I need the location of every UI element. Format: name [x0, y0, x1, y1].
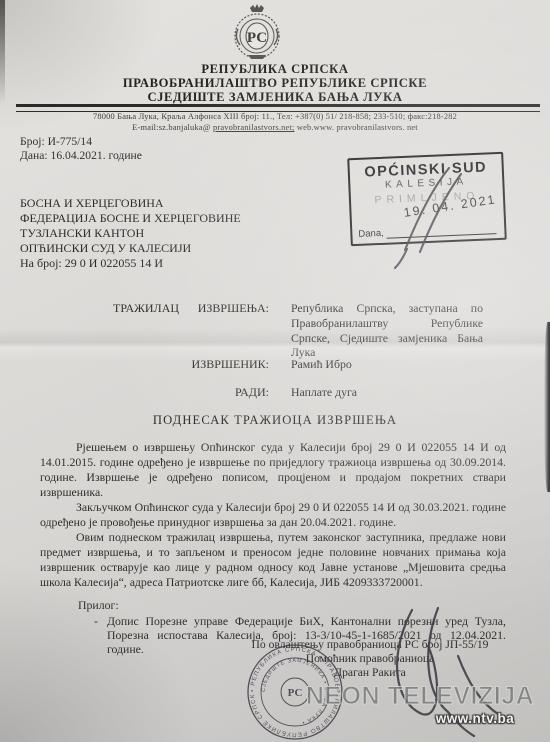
- recipient-line: ТУЗЛАНСКИ КАНТОН: [20, 226, 241, 241]
- recipient-line: На број: 29 0 И 022055 14 И: [20, 256, 241, 271]
- recipient-line: ОПЋИНСКИ СУД У КАЛЕСИЈИ: [20, 241, 241, 256]
- case-date: Дана: 16.04.2021. године: [20, 149, 142, 162]
- web-address: web.www. pravobranilastvors. net: [297, 123, 418, 132]
- party-row: ТРАЖИЛАЦ ИЗВРШЕЊА: Република Српска, зас…: [113, 301, 483, 360]
- email-link: pravobranilastvors.net;: [213, 123, 295, 132]
- received-stamp: OPĆINSKI SUD KALESIJA PRIMLJENO 19. 04. …: [347, 152, 507, 246]
- seal-center-monogram: РС: [288, 687, 303, 699]
- paragraph: Рјешењем о извршењу Опћинског суда у Кал…: [40, 440, 506, 500]
- party-value: Наплате дуга: [291, 385, 483, 400]
- document-title: ПОДНЕСАК ТРАЖИОЦА ИЗВРШЕЊА: [0, 413, 550, 428]
- party-row: РАДИ: Наплате дуга: [113, 385, 483, 400]
- org-address: 78000 Бања Лука, Краља Алфонса XIII број…: [0, 112, 550, 121]
- attachment-label: Прилог:: [78, 598, 506, 613]
- org-name-line3: СЈЕДИШТЕ ЗАМЈЕНИКА БАЊА ЛУКА: [0, 90, 550, 105]
- watermark-logo: NEON TELEVIZIJA: [305, 682, 535, 711]
- document-photo: РС РЕПУБЛИКА СРПСКА ПРАВОБРАНИЛАШТВО РЕП…: [0, 0, 550, 742]
- org-name-line2: ПРАВОБРАНИЛАШТВО РЕПУБЛИКЕ СРПСКЕ: [0, 76, 550, 91]
- paragraph: Закључком Опћинског суда у Калесији број…: [40, 500, 506, 530]
- emblem-monogram: РС: [247, 30, 267, 46]
- party-row: ИЗВРШЕНИК: Рамић Ибро: [113, 357, 483, 372]
- received-stamp-dana-line: [387, 223, 497, 239]
- document-body: Рјешењем о извршењу Опћинског суда у Кал…: [40, 440, 506, 590]
- org-name-line1: РЕПУБЛИКА СРПСКА: [0, 62, 550, 77]
- recipient-block: БОСНА И ХЕРЦЕГОВИНА ФЕДЕРАЦИЈА БОСНЕ И Х…: [20, 196, 241, 271]
- watermark-url: www.ntv.ba: [420, 711, 530, 726]
- republika-srpska-emblem-icon: РС: [226, 3, 288, 63]
- case-number: Број: И-775/14: [20, 135, 92, 148]
- photo-edge-right: [544, 322, 550, 492]
- party-label: РАДИ:: [113, 385, 269, 400]
- received-stamp-dana-label: Dana,: [358, 228, 384, 240]
- email-prefix: E-mail:sz.banjaluka@: [132, 123, 210, 132]
- recipient-line: ФЕДЕРАЦИЈА БОСНЕ И ХЕРЦЕГОВИНЕ: [20, 211, 241, 226]
- party-value: Република Српска, заступана по Правобран…: [291, 301, 483, 360]
- org-contact: E-mail:sz.banjaluka@ pravobranilastvors.…: [0, 123, 550, 132]
- paragraph: Овим поднеском тражилац извршења, путем …: [40, 530, 506, 590]
- recipient-line: БОСНА И ХЕРЦЕГОВИНА: [20, 196, 241, 211]
- list-dash: -: [94, 614, 98, 657]
- party-label: ИЗВРШЕНИК:: [113, 357, 269, 372]
- party-label: ТРАЖИЛАЦ ИЗВРШЕЊА:: [113, 301, 269, 360]
- letterhead-divider: [16, 104, 540, 112]
- party-value: Рамић Ибро: [291, 357, 483, 372]
